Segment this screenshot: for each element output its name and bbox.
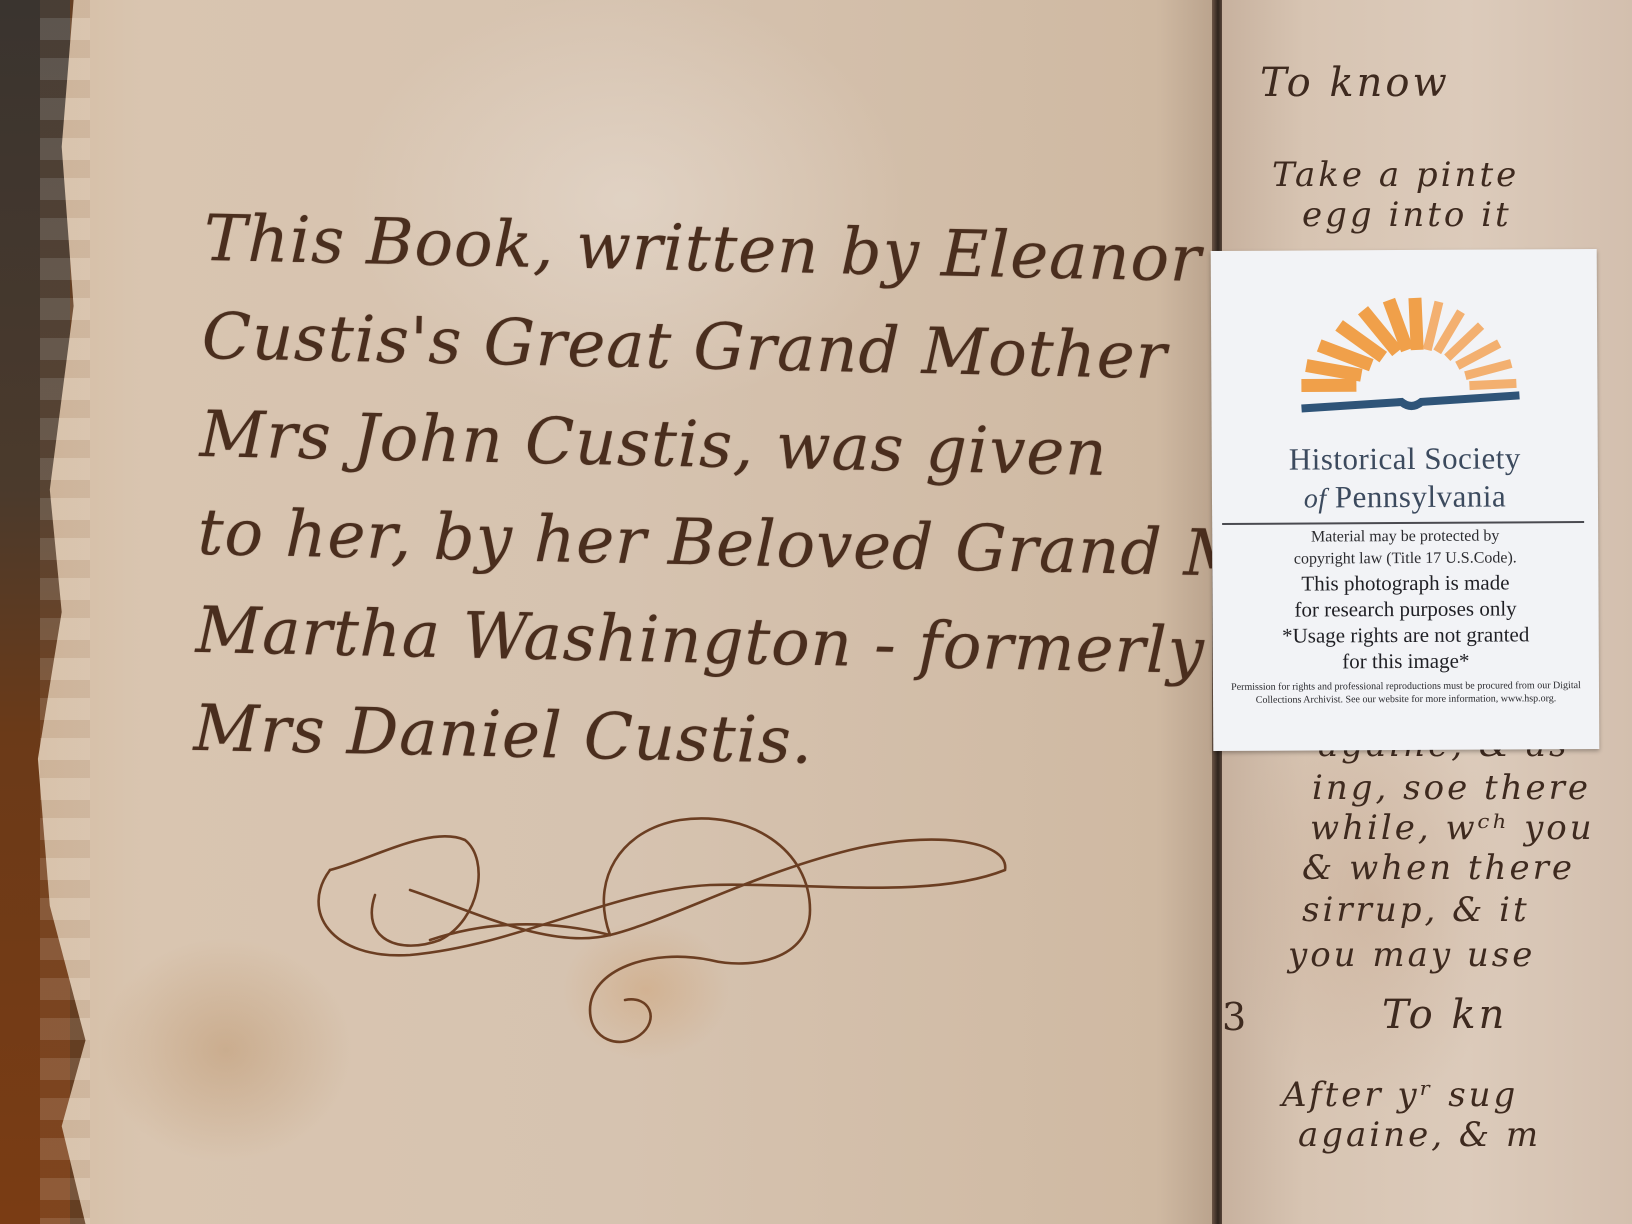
notice-text: copyright law (Title 17 U.S.Code). <box>1212 547 1598 571</box>
calligraphic-flourish-icon <box>290 770 1010 1050</box>
recipe-line: Take a pinte <box>1272 155 1519 195</box>
organization-name-line1: Historical Society <box>1212 439 1598 479</box>
handwritten-inscription: This Book, written by Eleanor Parke Cust… <box>193 190 1165 798</box>
notice-text: This photograph is made <box>1212 569 1598 597</box>
recipe-line: you may use <box>1288 935 1535 975</box>
recipe-heading: To know <box>1260 60 1450 106</box>
notice-text: Material may be protected by <box>1212 525 1598 549</box>
hsp-copyright-card: Historical Society of Pennsylvania Mater… <box>1211 249 1600 751</box>
organization-name-line2: of Pennsylvania <box>1212 477 1598 519</box>
recipe-line: while, wᶜʰ you <box>1310 808 1595 848</box>
recipe-line: ing, soe there <box>1312 768 1591 808</box>
fine-print: Permission for rights and professional r… <box>1213 679 1599 707</box>
copyright-notice: Material may be protected by copyright l… <box>1212 525 1599 707</box>
rising-sun-open-book-icon <box>1261 289 1562 431</box>
recipe-line: After yʳ sug <box>1282 1075 1518 1115</box>
recipe-heading: To kn <box>1382 992 1507 1038</box>
photograph: This Book, written by Eleanor Parke Cust… <box>0 0 1632 1224</box>
organization-name: Historical Society of Pennsylvania <box>1212 439 1598 519</box>
recipe-line: egg into it <box>1302 195 1512 235</box>
recipe-line: sirrup, & it <box>1302 890 1530 930</box>
page-number: 3 <box>1222 995 1249 1039</box>
recipe-line: & when there <box>1302 848 1575 888</box>
recipe-line: againe, & m <box>1298 1115 1541 1155</box>
notice-text: *Usage rights are not granted <box>1213 621 1599 649</box>
deckled-page-edge <box>40 0 90 1224</box>
notice-text: for research purposes only <box>1213 595 1599 623</box>
notice-text: for this image* <box>1213 647 1599 675</box>
